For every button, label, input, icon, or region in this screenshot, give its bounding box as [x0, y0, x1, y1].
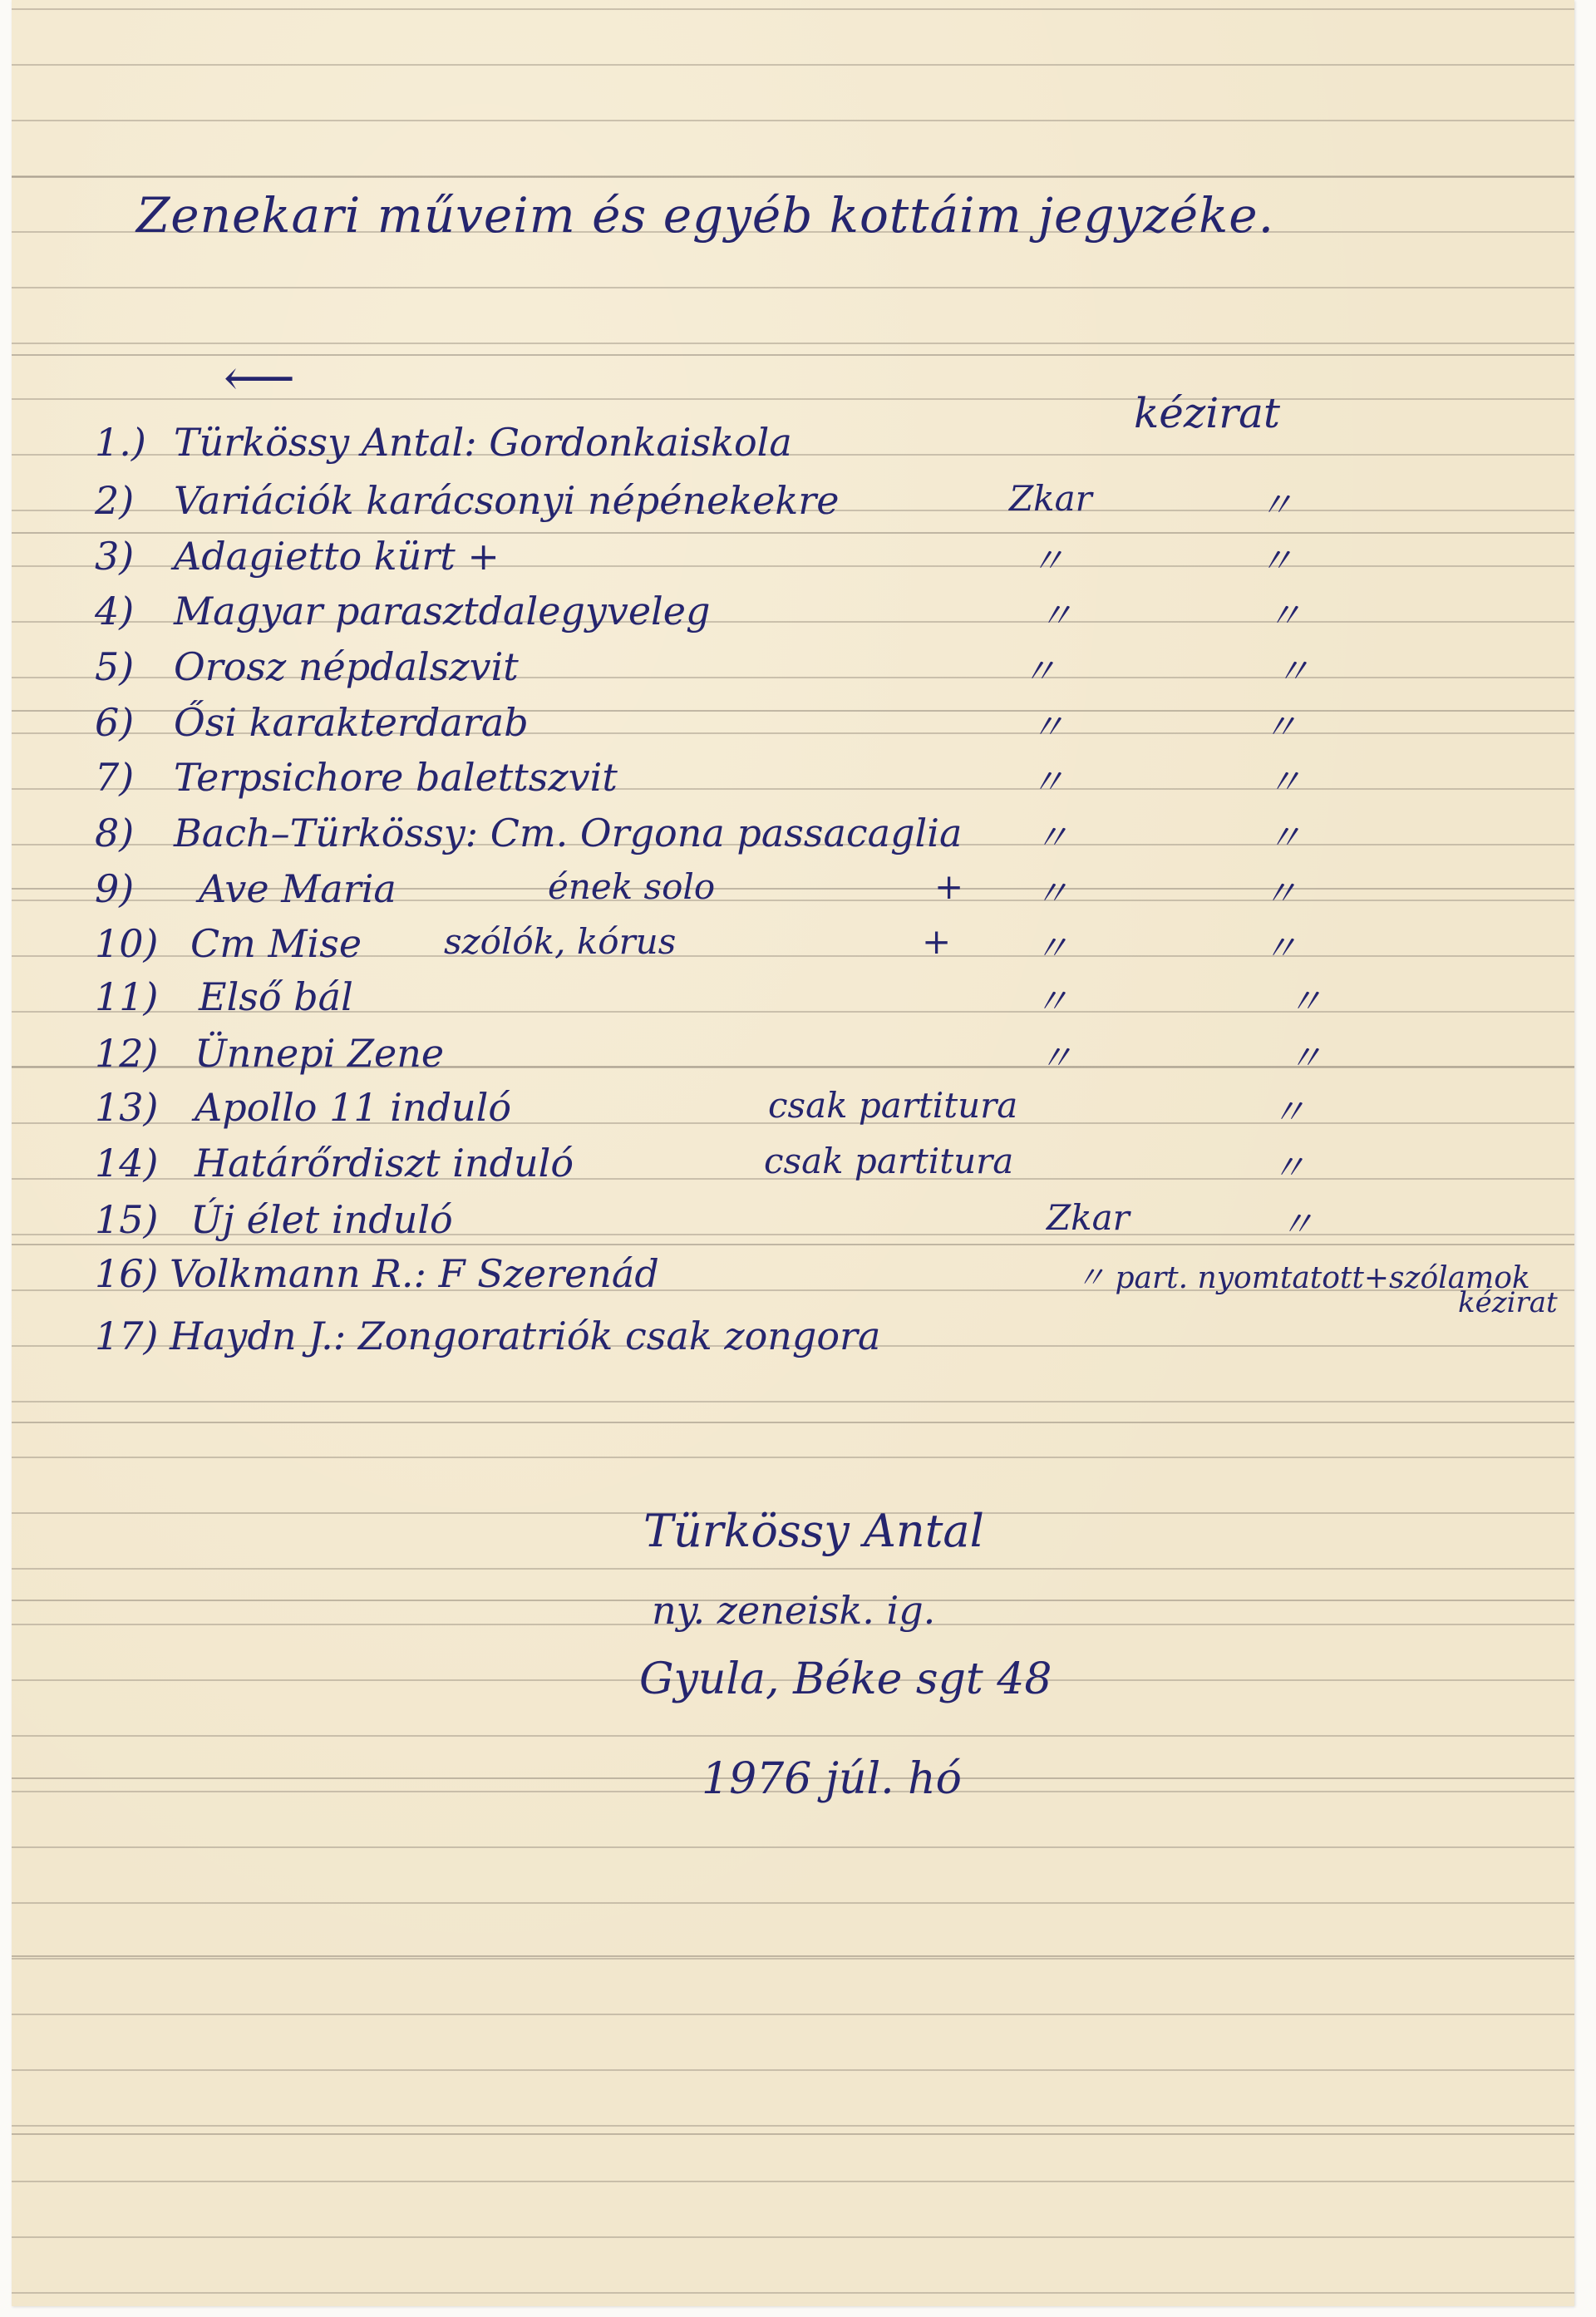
item-number: 2) [95, 478, 134, 523]
item-number: 14) [95, 1141, 158, 1186]
list-item: 9) Ave Maria ének solo + 〃 〃 [95, 866, 1574, 922]
list-item: 17) Haydn J.: Zongoratriók csak zongora [95, 1314, 1574, 1369]
item-title: Határőrdiszt induló [195, 1141, 574, 1186]
list-item: 2) Variációk karácsonyi népénekekre Zkar… [95, 478, 1574, 534]
paper-sheet: Zenekari műveim és egyéb kottáim jegyzék… [12, 0, 1574, 2306]
item-number: 3) [95, 534, 134, 579]
list-item: 16) Volkmann R.: F Szerenád 〃 part. nyom… [95, 1251, 1574, 1307]
document-title: Zenekari műveim és egyéb kottáim jegyzék… [136, 187, 1274, 244]
list-item: 4) Magyar parasztdalegyveleg 〃 〃 [95, 589, 1574, 644]
list-item: 5) Orosz népdalszvit 〃 〃 [95, 644, 1574, 700]
list-item: 8) Bach–Türkössy: Cm. Orgona passacaglia… [95, 811, 1574, 866]
item-title: Ave Maria [199, 866, 397, 911]
item-kind: 〃 [1022, 644, 1057, 694]
item-title: Terpsichore balettszvit [174, 755, 618, 800]
item-manuscript: 〃 [1263, 700, 1298, 750]
item-title: Új élet induló [190, 1197, 453, 1242]
item-title: Magyar parasztdalegyveleg [174, 589, 710, 633]
item-number: 5) [95, 644, 134, 689]
item-number: 1.) [95, 420, 146, 465]
item-number: 12) [95, 1031, 158, 1076]
item-kind: Zkar [1009, 478, 1092, 519]
item-manuscript: 〃 [1259, 478, 1293, 528]
item-number: 6) [95, 700, 134, 745]
item-number: 9) [95, 866, 134, 911]
list-item: 3) Adagietto kürt + 〃 〃 [95, 534, 1574, 589]
list-item: 11) Első bál 〃 〃 [95, 974, 1574, 1030]
item-title: Adagietto kürt + [174, 534, 500, 579]
item-title: Volkmann R.: F Szerenád [170, 1251, 659, 1296]
item-manuscript: 〃 [1271, 1085, 1306, 1135]
item-kind: 〃 [1038, 1031, 1073, 1081]
item-manuscript: 〃 [1267, 811, 1302, 860]
item-manuscript: 〃 [1288, 974, 1323, 1024]
item-manuscript: 〃 [1275, 644, 1310, 694]
item-kind: 〃 [1034, 811, 1069, 860]
item-title: Türkössy Antal: Gordonkaiskola [174, 420, 792, 465]
item-number: 10) [95, 921, 158, 966]
item-number: 17) [95, 1314, 158, 1358]
list-item: 12) Ünnepi Zene 〃 〃 [95, 1031, 1574, 1087]
list-item: 6) Ősi karakterdarab 〃 〃 [95, 700, 1574, 756]
item-title: Orosz népdalszvit [174, 644, 519, 689]
item-manuscript: 〃 [1288, 1031, 1323, 1081]
item-manuscript: 〃 [1267, 755, 1302, 805]
item-title: Cm Mise [190, 921, 362, 966]
list-item: 10) Cm Mise szólók, kórus + 〃 〃 [95, 921, 1574, 977]
list-item: 15) Új élet induló Zkar 〃 [95, 1197, 1574, 1253]
item-title: Bach–Türkössy: Cm. Orgona passacaglia [174, 811, 962, 855]
item-number: 7) [95, 755, 134, 800]
item-manuscript: 〃 [1279, 1197, 1314, 1247]
signature-role: ny. zeneisk. ig. [652, 1588, 935, 1633]
signature-address: Gyula, Béke sgt 48 [639, 1654, 1052, 1704]
list-item: 1.) Türkössy Antal: Gordonkaiskola [95, 420, 1574, 476]
list-item: 13) Apollo 11 induló csak partitura 〃 [95, 1085, 1574, 1141]
item-title: Variációk karácsonyi népénekekre [174, 478, 840, 523]
item-title: Első bál [199, 974, 353, 1019]
list-item: 7) Terpsichore balettszvit 〃 〃 [95, 755, 1574, 811]
item-plus-mark: + [934, 866, 963, 907]
item-number: 11) [95, 974, 158, 1019]
item-manuscript: 〃 [1259, 534, 1293, 584]
item-number: 8) [95, 811, 134, 855]
item-kind: Zkar [1047, 1197, 1130, 1238]
item-manuscript: 〃 [1263, 866, 1298, 916]
signature-date: 1976 júl. hó [702, 1754, 962, 1804]
item-kind: 〃 [1030, 700, 1065, 750]
item-kind: 〃 [1030, 534, 1065, 584]
item-title: Ünnepi Zene [195, 1031, 444, 1076]
item-title: Ősi karakterdarab [174, 700, 529, 745]
item-manuscript: 〃 [1263, 921, 1298, 971]
item-manuscript: 〃 [1267, 589, 1302, 638]
item-note: ének solo [548, 866, 715, 907]
item-title: Haydn J.: Zongoratriók csak zongora [170, 1314, 880, 1358]
item-manuscript: 〃 [1271, 1141, 1306, 1191]
item-number: 16) [95, 1251, 158, 1296]
item-note: csak partitura [764, 1141, 1013, 1181]
item-number: 15) [95, 1197, 158, 1242]
item-kind: 〃 [1030, 755, 1065, 805]
item-note: szólók, kórus [444, 921, 676, 962]
item-note: csak partitura [768, 1085, 1017, 1126]
item-kind: 〃 [1034, 974, 1069, 1024]
list-item: 14) Határőrdiszt induló csak partitura 〃 [95, 1141, 1574, 1196]
item-title: Apollo 11 induló [195, 1085, 511, 1130]
item-kind: 〃 [1034, 866, 1069, 916]
signature-name: Türkössy Antal [643, 1505, 984, 1557]
item-plus-mark: + [922, 921, 951, 962]
item-kind: 〃 [1038, 589, 1073, 638]
arrow-mark-icon: ⟵ [224, 349, 295, 407]
item-number: 4) [95, 589, 134, 633]
item-number: 13) [95, 1085, 158, 1130]
item-kind: 〃 [1034, 921, 1069, 971]
